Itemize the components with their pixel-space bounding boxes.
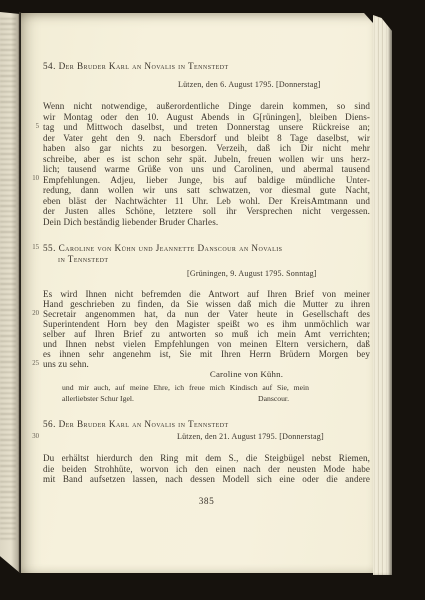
facing-page-edge <box>0 12 20 573</box>
line-number: 30 <box>25 433 39 441</box>
letter-55-heading-line-2: in Tennstedt <box>43 254 370 265</box>
letter-55-body: Es wird Ihnen nicht befremden die Antwor… <box>43 289 370 369</box>
letter-body-line: redung, dann wollen wir uns satt schwatz… <box>43 185 370 196</box>
letter-54-dateline: Lützen, den 6. August 1795. [Donnerstag] <box>178 80 321 89</box>
letter-body-line: es ihnen sehr angenehm ist, Sie mit Ihre… <box>43 349 370 359</box>
letter-body-line: die beiden Strohhüte, worvon ich den ein… <box>43 464 370 475</box>
postscript-signature: Danscour. <box>258 393 289 404</box>
letter-body-line: Superintendent Horn bey den Magister spe… <box>43 319 370 329</box>
postscript-line: allerliebster Schur Igel. Danscour. <box>62 393 309 404</box>
letter-55-dateline: [Grüningen, 9. August 1795. Sonntag] <box>187 269 317 278</box>
letter-55-heading: 55. Caroline von Kühn und Jeannette Dans… <box>43 243 370 264</box>
letter-body-line: Es wird Ihnen nicht befremden die Antwor… <box>43 289 370 299</box>
letter-55-postscript: und mir auch, auf meine Ehre, ich freue … <box>62 382 309 404</box>
letter-body-line: der Justen alles Schöne, letztere soll i… <box>43 206 370 217</box>
line-number: 10 <box>25 175 39 183</box>
page-edges <box>373 15 392 575</box>
letter-body-line: Wenn nicht notwendige, außerordentliche … <box>43 101 370 112</box>
text-block: 54. Der Bruder Karl an Novalis in Tennst… <box>43 13 370 573</box>
letter-body-line: tag und Mittwoch daselbst, und treten Do… <box>43 122 370 133</box>
letter-body-line: der Vater geht den 9. nach Ebersdorf und… <box>43 133 370 144</box>
letter-body-line: Hand geschrieben zu finden, da Sie wisse… <box>43 299 370 309</box>
letter-55-signature: Caroline von Kühn. <box>43 369 410 379</box>
line-number: 5 <box>25 123 39 131</box>
letter-body-line: lich; tausend warme Grüße von uns und Ca… <box>43 164 370 175</box>
letter-body-line: mit Band aufsetzen lassen, nach dessen M… <box>43 474 370 485</box>
postscript-closing: allerliebster Schur Igel. <box>62 393 134 404</box>
letter-body-line: Du erhältst hierdurch den Ring mit dem S… <box>43 453 370 464</box>
letter-body-line: eben bläst der Nachtwächter 11 Uhr. Leb … <box>43 196 370 207</box>
letter-body-line: Dein Dich beständig liebender Bruder Cha… <box>43 217 370 228</box>
letter-55-heading-line-1: 55. Caroline von Kühn und Jeannette Dans… <box>43 243 282 253</box>
letter-body-line: uns zu sehn. <box>43 359 370 369</box>
line-number: 20 <box>25 310 39 318</box>
page-number: 385 <box>43 497 370 507</box>
book-page: 54. Der Bruder Karl an Novalis in Tennst… <box>21 13 373 573</box>
letter-body-line: haben also gar nichts zu besorgen. Verze… <box>43 143 370 154</box>
letter-body-line: Secretair angenommen hat, da nun der Vat… <box>43 309 370 319</box>
letter-56-heading: 56. Der Bruder Karl an Novalis in Tennst… <box>43 419 370 430</box>
letter-56-dateline: Lützen, den 21. August 1795. [Donnerstag… <box>177 432 324 441</box>
letter-body-line: und Ihnen nebst vielen Empfehlungen von … <box>43 339 370 349</box>
book-photo: 54. Der Bruder Karl an Novalis in Tennst… <box>0 0 425 600</box>
letter-body-line: schreibe, aber es ist schon sehr spät. J… <box>43 154 370 165</box>
letter-56-body: Du erhältst hierdurch den Ring mit dem S… <box>43 453 370 485</box>
letter-54-heading: 54. Der Bruder Karl an Novalis in Tennst… <box>43 61 370 72</box>
letter-body-line: wir Montag oder den 10. August Abends in… <box>43 112 370 123</box>
letter-body-line: selber auf Ihren Brief zu antworten so m… <box>43 329 370 339</box>
letter-body-line: Empfehlungen. Adjeu, lieber Junge, bis a… <box>43 175 370 186</box>
postscript-line: und mir auch, auf meine Ehre, ich freue … <box>62 382 309 393</box>
photo-background: { "colors": { "paper": "#f6f1dc", "ink":… <box>0 0 425 600</box>
line-number: 15 <box>25 244 39 252</box>
letter-54-body: Wenn nicht notwendige, außerordentliche … <box>43 101 370 227</box>
line-number: 25 <box>25 360 39 368</box>
